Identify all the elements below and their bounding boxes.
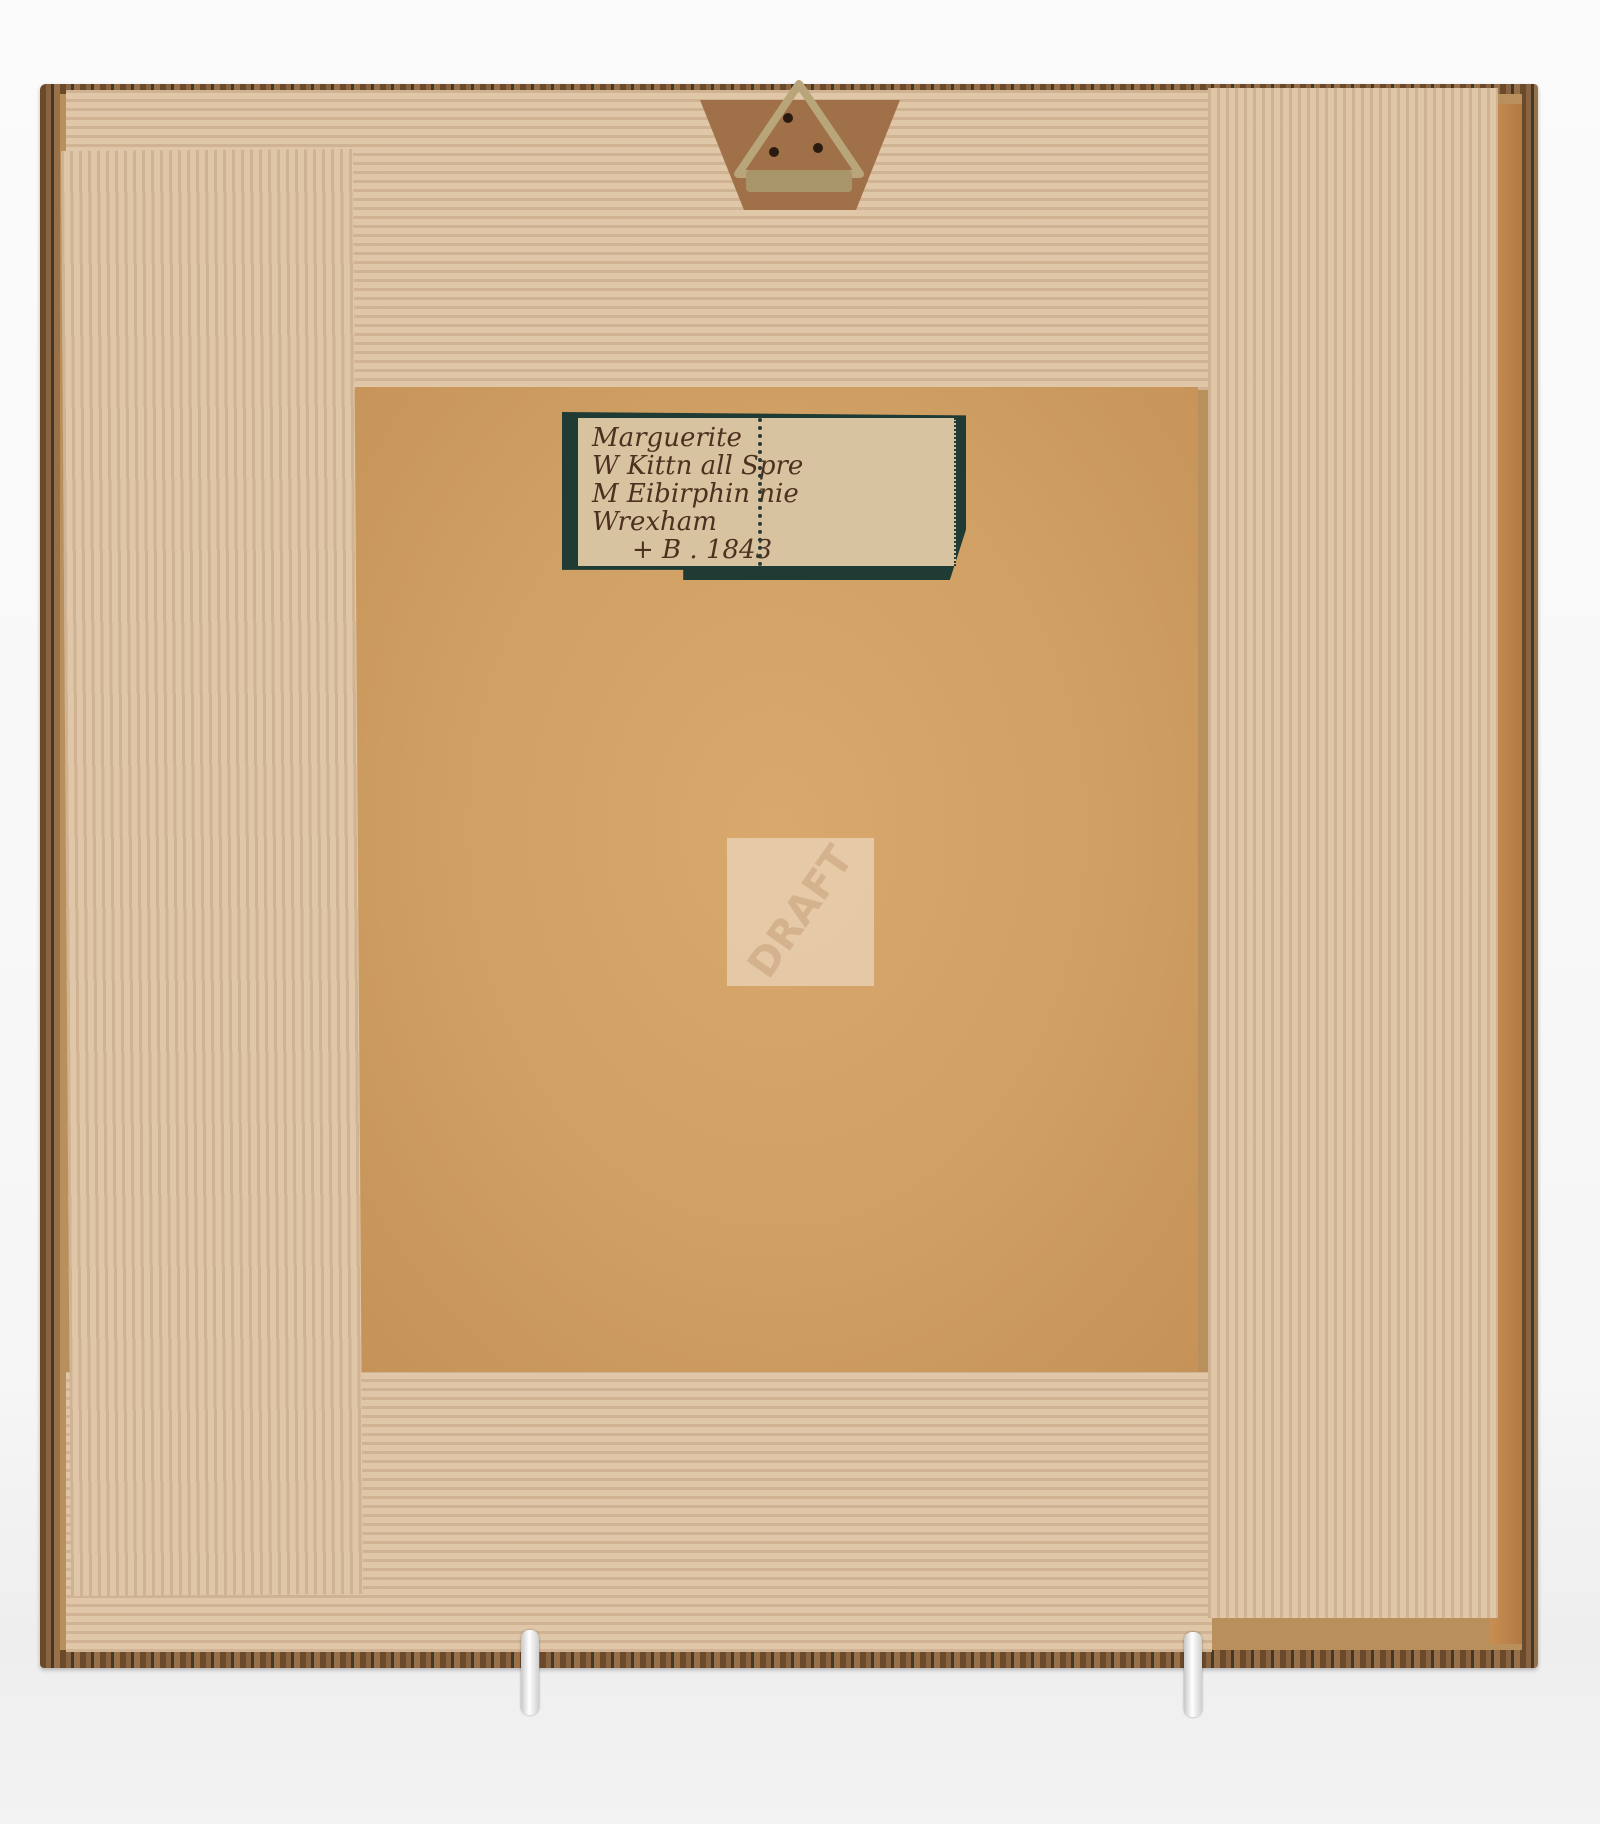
- hanger-icon: [728, 78, 870, 206]
- tape-right: [1208, 88, 1498, 1618]
- stamp-perforation: [758, 418, 762, 566]
- tape-left: [61, 149, 363, 1596]
- label-line-3: M Eibirphin nie: [592, 480, 940, 508]
- label-line-5: + B . 1843: [592, 536, 940, 564]
- label-line-2: W Kittn all Spre: [592, 452, 940, 480]
- stand-leg-left: [521, 1630, 539, 1715]
- label-line-1: Marguerite: [592, 424, 940, 452]
- label-line-4: Wrexham: [592, 508, 940, 536]
- watermark: DRAFT: [727, 838, 874, 986]
- stand-leg-right: [1184, 1632, 1202, 1717]
- watermark-text: DRAFT: [739, 838, 862, 987]
- provenance-label: Marguerite W Kittn all Spre M Eibirphin …: [578, 418, 956, 566]
